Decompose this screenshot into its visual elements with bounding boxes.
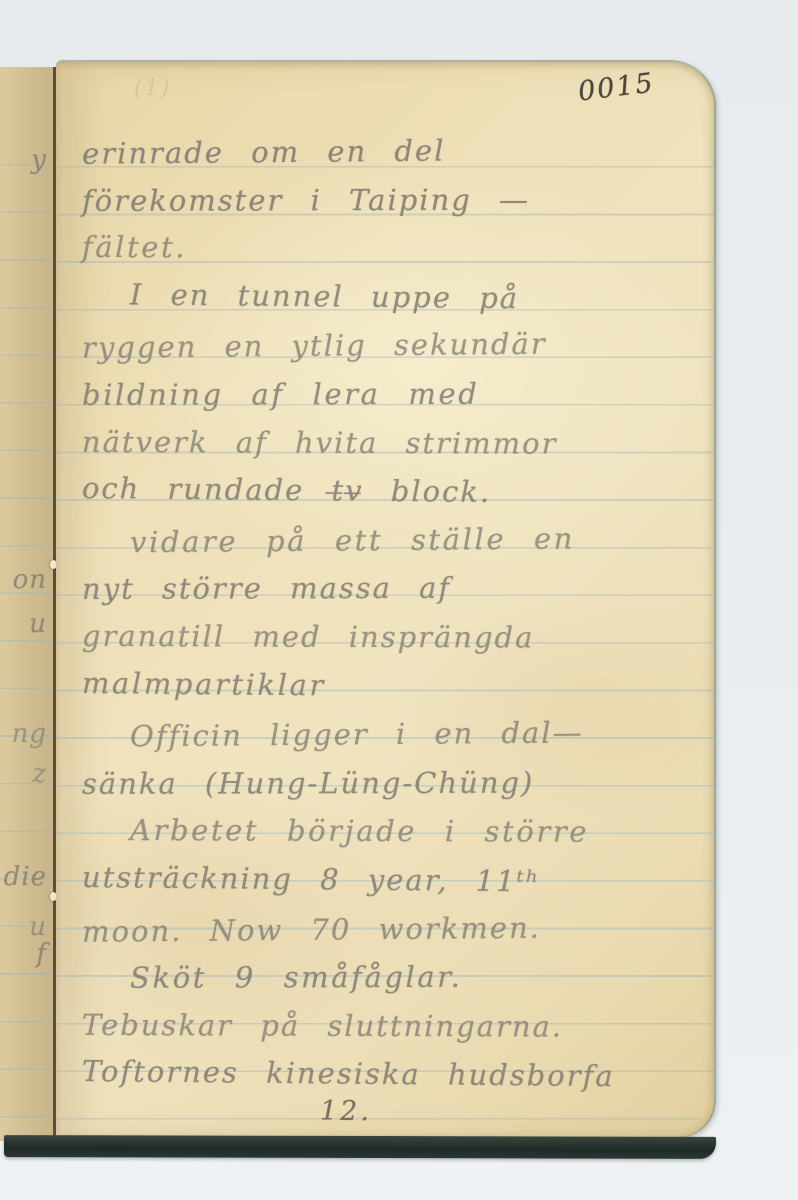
handwritten-text: moon. Now 70 workmen. — [82, 912, 541, 946]
handwritten-line: Arbetet började i större — [82, 797, 704, 848]
handwritten-line: nätverk af hvita strimmor — [82, 408, 704, 459]
handwritten-text: I en tunnel uppe på — [130, 279, 519, 313]
handwriting-fragment: u — [29, 912, 47, 942]
scanner-background: yonungzdieuf (1) 0015 erinrade om en del… — [0, 0, 798, 1200]
handwriting-fragment: on — [13, 565, 47, 595]
handwritten-line: malmpartiklar — [82, 650, 704, 705]
handwritten-line: granatill med insprängda — [82, 603, 704, 654]
handwritten-text: Tebuskar på sluttningarna. — [82, 1009, 563, 1041]
handwritten-text: malmpartiklar — [82, 667, 326, 699]
handwriting-fragment: f — [36, 939, 47, 969]
handwritten-text: fältet. — [82, 232, 187, 262]
handwritten-line: fältet. — [82, 214, 704, 265]
notebook-page: (1) 0015 erinrade om en del förekomster … — [56, 60, 716, 1138]
handwritten-text: Arbetet började i större — [130, 815, 589, 847]
handwritten-text: förekomster i Taiping — — [82, 184, 530, 215]
handwriting-fragment: ng — [12, 719, 47, 749]
handwriting-block: erinrade om en del förekomster i Taiping… — [82, 118, 704, 1090]
ruled-lines-left-page — [0, 164, 53, 1141]
handwriting-fragment: u — [29, 609, 47, 639]
previous-page-edge: yonungzdieuf — [0, 67, 56, 1141]
handwritten-text: bildning af lera med — [82, 378, 479, 409]
handwritten-line: vidare på ett ställe en — [82, 504, 704, 558]
handwritten-text: Officin ligger i en dal— — [130, 717, 584, 751]
handwritten-line: Sköt 9 småfåglar. — [82, 943, 704, 993]
handwritten-text: och rundade t̶v̶ block. — [82, 473, 491, 507]
handwritten-line: förekomster i Taiping — — [82, 166, 704, 216]
handwritten-text: Sköt 9 småfåglar. — [130, 962, 462, 993]
handwriting-fragment: y — [31, 145, 47, 175]
handwritten-line: utsträckning 8 year, 11ᵗʰ — [82, 844, 704, 899]
handwritten-text: nyt större massa af — [82, 573, 451, 604]
handwritten-line: ryggen en ytlig sekundär — [82, 310, 704, 364]
handwritten-text: ryggen en ytlig sekundär — [82, 329, 547, 363]
handwritten-text: utsträckning 8 year, 11ᵗʰ — [82, 862, 541, 896]
handwritten-line: nyt större massa af — [82, 555, 704, 605]
notebook-cover-edge — [4, 1135, 716, 1159]
handwriting-fragment: die — [4, 862, 47, 892]
archive-stamp-number: 0015 — [576, 67, 656, 107]
handwritten-text: erinrade om en del — [82, 135, 446, 168]
page-number: 12. — [320, 1096, 372, 1127]
handwritten-line: bildning af lera med — [82, 360, 704, 410]
handwritten-text: nätverk af hvita strimmor — [82, 426, 558, 458]
handwritten-line: och rundade t̶v̶ block. — [82, 455, 704, 510]
handwritten-line: Toftornes kinesiska hudsborfa — [82, 1038, 704, 1093]
handwritten-text: vidare på ett ställe en — [130, 523, 575, 557]
handwriting-fragment: z — [32, 759, 47, 789]
handwritten-text: sänka (Hung-Lüng-Chüng) — [82, 767, 534, 798]
handwritten-text: granatill med insprängda — [82, 620, 535, 652]
handwritten-line: I en tunnel uppe på — [82, 261, 704, 316]
handwritten-text: Toftornes kinesiska hudsborfa — [82, 1056, 615, 1091]
handwritten-line: erinrade om en del — [82, 115, 704, 169]
handwritten-line: moon. Now 70 workmen. — [82, 893, 704, 947]
handwritten-line: Officin ligger i en dal— — [82, 698, 704, 752]
handwritten-line: sänka (Hung-Lüng-Chüng) — [82, 749, 704, 799]
handwritten-line: Tebuskar på sluttningarna. — [82, 992, 704, 1043]
ink-bleed-ghost-mark: (1) — [134, 76, 171, 101]
